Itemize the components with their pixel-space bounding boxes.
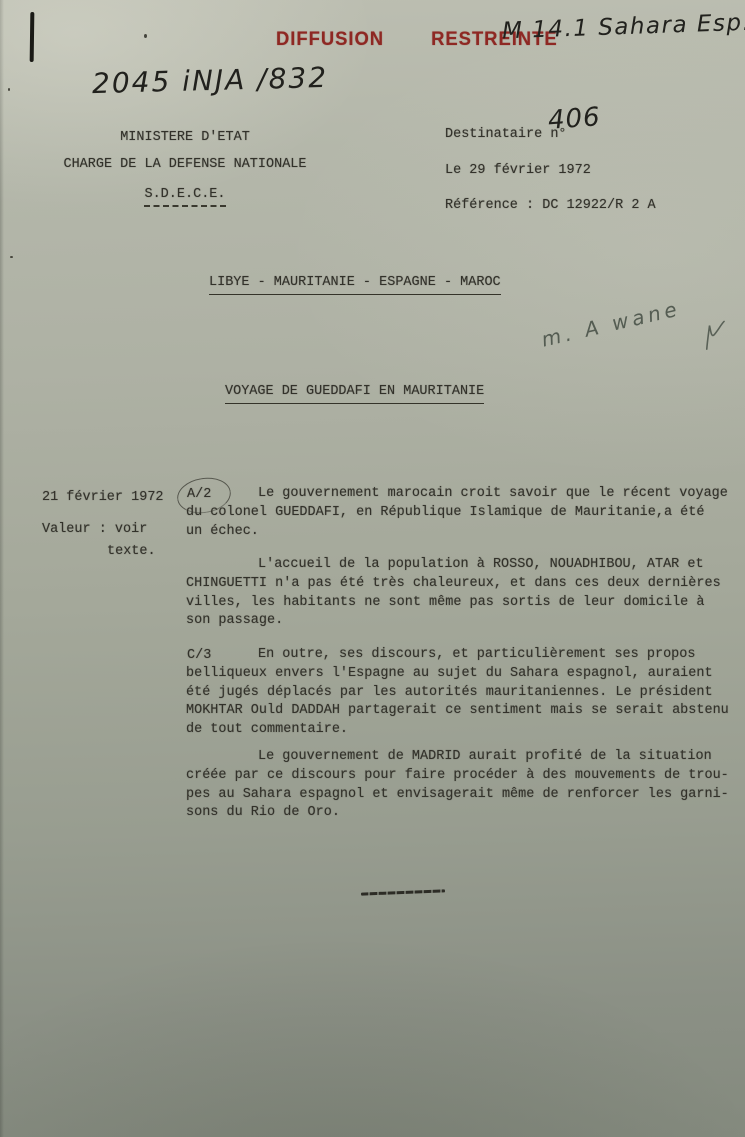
paragraph-line: été jugés déplacés par les autorités mau… (186, 684, 738, 703)
margin-valeur-line2: texte. (107, 542, 156, 561)
pencil-tick-mark (699, 318, 729, 353)
paragraph-line: En outre, ses discours, et particulièrem… (186, 646, 738, 665)
paragraph-line: créée par ce discours pour faire procéde… (186, 767, 738, 786)
handwritten-filing-note: M 14.1 Sahara Esp. (502, 10, 745, 45)
paragraph-line: villes, les habitants ne sont même pas s… (186, 594, 738, 613)
handwritten-destinataire-number: 406 (547, 102, 602, 136)
typed-dash-separator (361, 889, 445, 895)
paragraph-3: C/3 En outre, ses discours, et particuli… (186, 646, 738, 740)
paragraph-line: du colonel GUEDDAFI, en République Islam… (186, 504, 738, 523)
scanned-document-page: DIFFUSION RESTREINTE M 14.1 Sahara Esp. … (0, 0, 745, 1137)
paragraph-1: A/2 Le gouvernement marocain croit savoi… (186, 485, 738, 541)
paragraph-line: belliqueux envers l'Espagne au sujet du … (186, 665, 738, 684)
letterhead: MINISTERE D'ETAT CHARGE DE LA DEFENSE NA… (44, 128, 326, 207)
ink-speck (8, 88, 10, 91)
ink-vertical-mark (30, 12, 35, 62)
service-name: S.D.E.C.E. (44, 185, 326, 207)
countries-title: LIBYE - MAURITANIE - ESPAGNE - MAROC (209, 273, 501, 295)
paragraph-line: son passage. (186, 612, 738, 631)
ink-speck (10, 256, 13, 258)
paragraph-3-source-label: C/3 (187, 646, 211, 665)
paragraph-line: Le gouvernement marocain croit savoir qu… (186, 485, 738, 504)
handwritten-signature-scrawl: m. A wane (539, 296, 683, 351)
document-date: Le 29 février 1972 (445, 161, 591, 180)
paragraph-line: CHINGUETTI n'a pas été très chaleureux, … (186, 575, 738, 594)
paragraph-line: pes au Sahara espagnol et envisagerait m… (186, 786, 738, 805)
subject-title: VOYAGE DE GUEDDAFI EN MAURITANIE (225, 382, 484, 404)
paragraph-line: Le gouvernement de MADRID aurait profité… (186, 748, 738, 767)
ministry-line-2: CHARGE DE LA DEFENSE NATIONALE (44, 155, 326, 174)
paragraph-4: Le gouvernement de MADRID aurait profité… (186, 748, 738, 823)
document-reference: Référence : DC 12922/R 2 A (445, 196, 656, 215)
paragraph-line: sons du Rio de Oro. (186, 804, 738, 823)
ministry-line-1: MINISTERE D'ETAT (44, 128, 326, 147)
paragraph-line: de tout commentaire. (186, 721, 738, 740)
handwritten-registry-number: 2045 iNJA /832 (92, 61, 329, 100)
paragraph-line: L'accueil de la population à ROSSO, NOUA… (186, 556, 738, 575)
paragraph-line: un échec. (186, 523, 738, 542)
margin-date: 21 février 1972 (42, 488, 164, 507)
service-name-text: S.D.E.C.E. (144, 185, 225, 207)
ink-speck (144, 34, 147, 38)
margin-valeur-line1: Valeur : voir (42, 520, 147, 539)
paragraph-1-source-label: A/2 (187, 485, 211, 504)
paragraph-2: L'accueil de la population à ROSSO, NOUA… (186, 556, 738, 631)
paragraph-line: MOKHTAR Ould DADDAH partagerait ce senti… (186, 702, 738, 721)
